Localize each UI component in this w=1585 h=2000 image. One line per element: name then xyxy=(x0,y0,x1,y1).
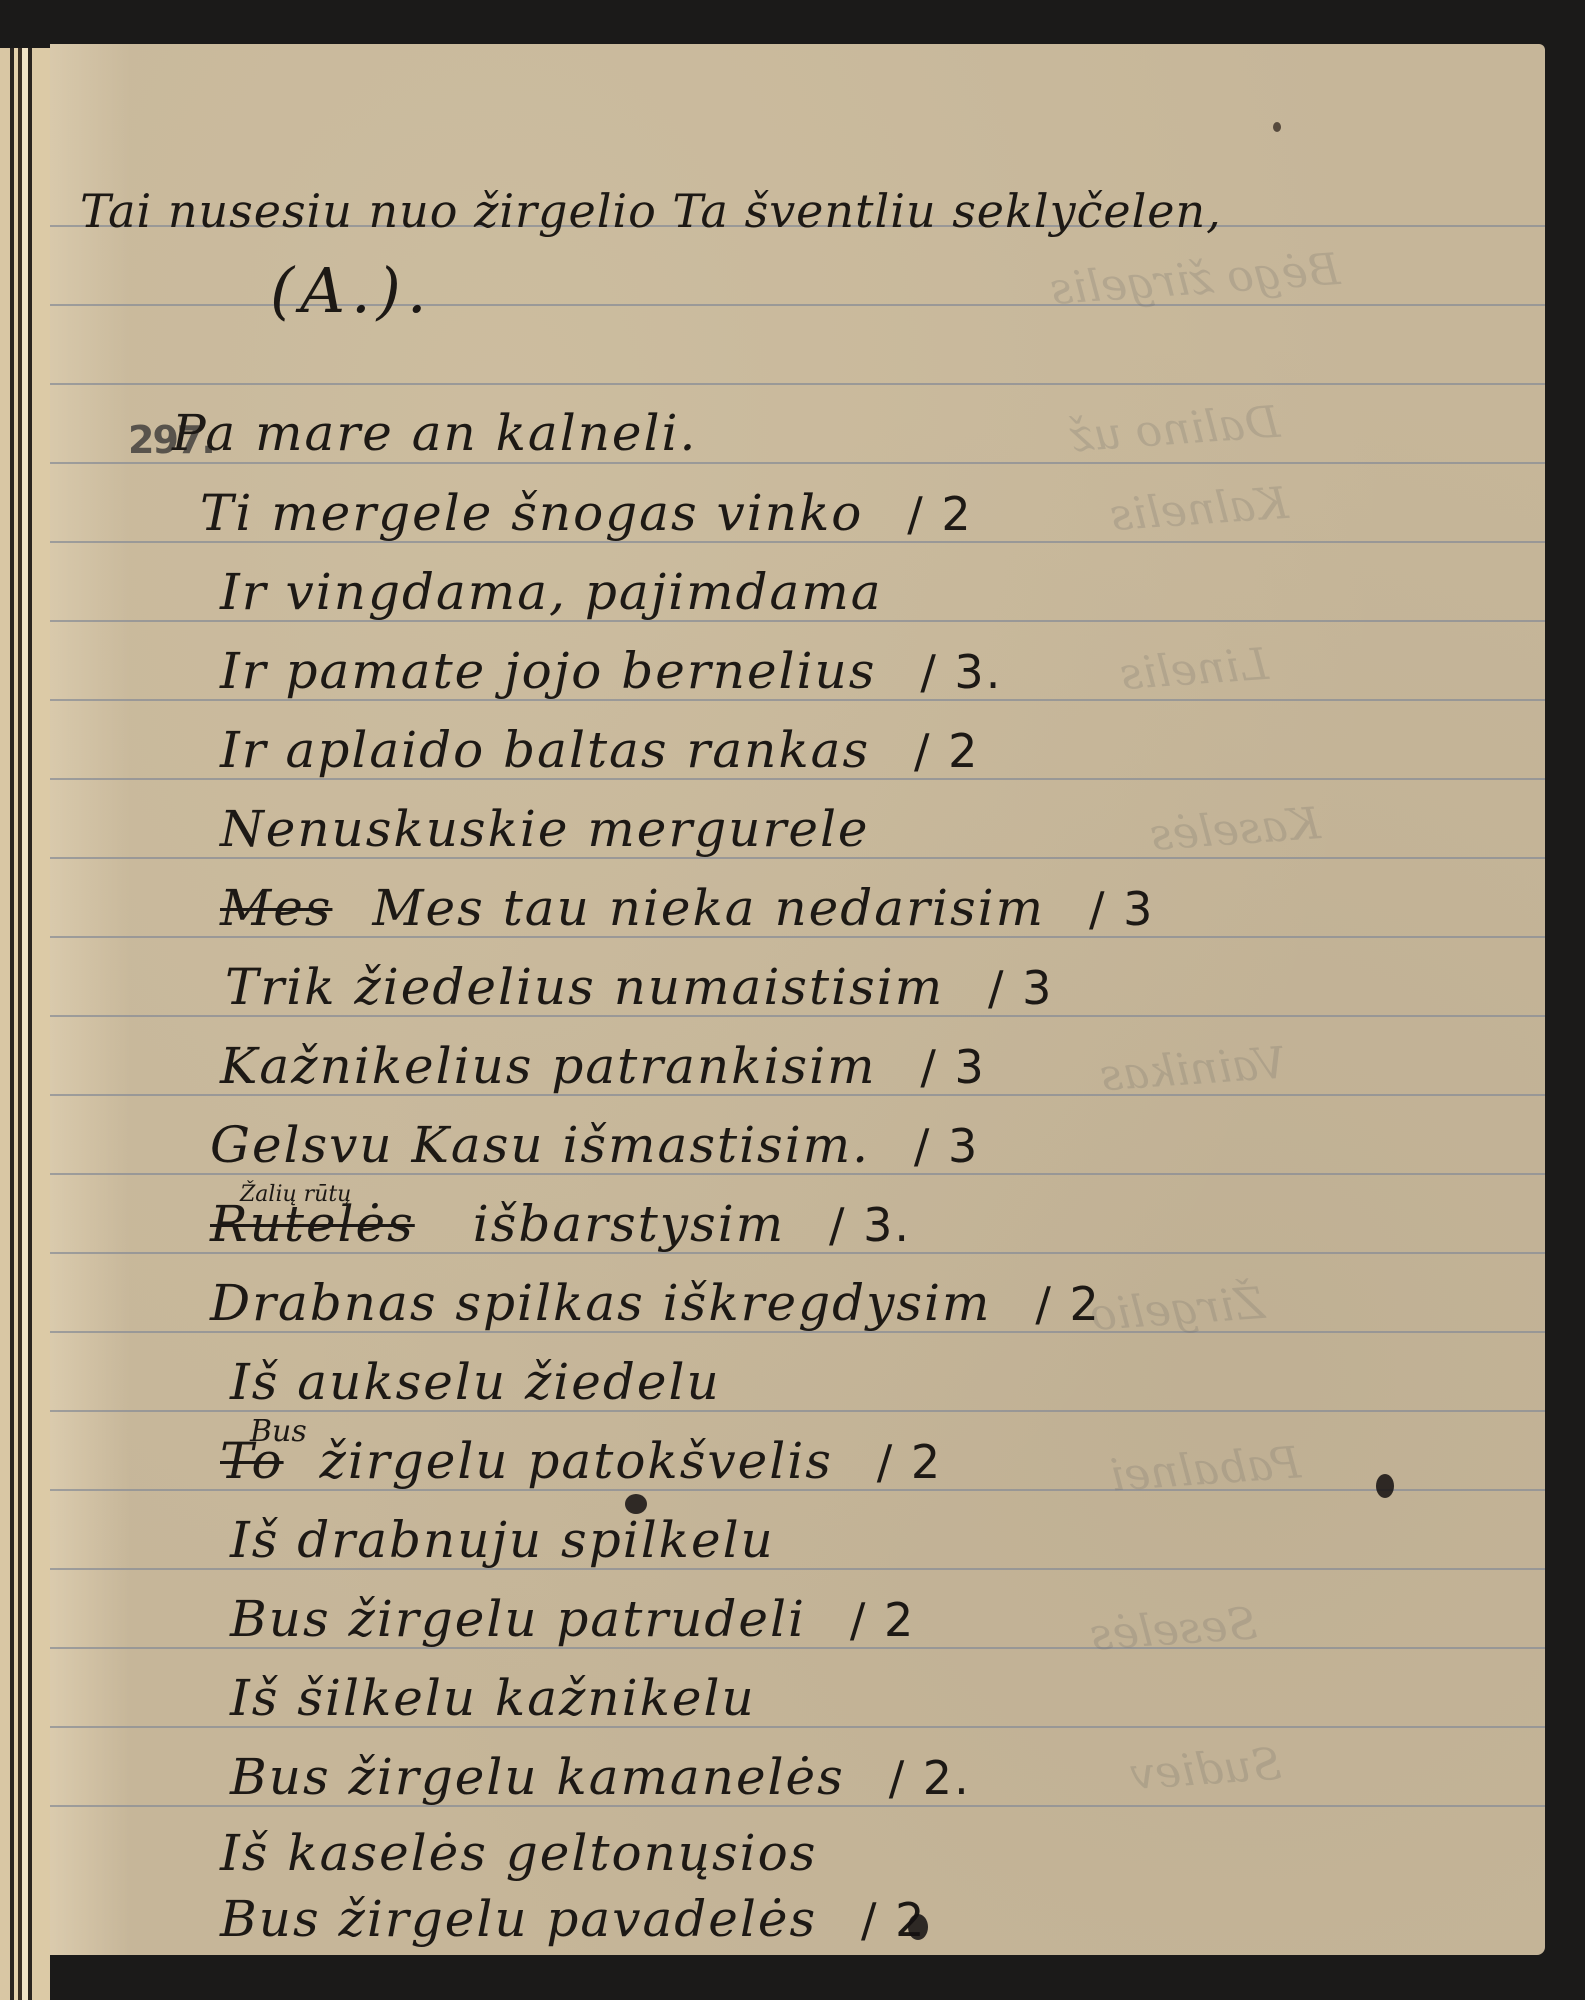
repeat-mark: / 3. xyxy=(829,1198,911,1252)
book-binding-edge xyxy=(0,0,50,2000)
bleed-through-mark: Vainikas xyxy=(1098,1038,1287,1102)
verse-text: Kažnikelius patrankisim xyxy=(220,1037,877,1095)
ink-blot xyxy=(1376,1474,1394,1498)
bleed-through-mark: Kalnelis xyxy=(1108,478,1289,541)
verse-text: Drabnas spilkas iškregdysim xyxy=(210,1274,991,1332)
verse-text: Iš drabnuju spilkelu xyxy=(230,1511,775,1569)
verse-text: Ir pamate jojo bernelius xyxy=(220,642,876,700)
verse-text: Bus žirgelu kamanelės xyxy=(230,1748,845,1806)
repeat-mark: / 3 xyxy=(1089,882,1154,936)
repeat-mark: / 2 xyxy=(877,1435,942,1489)
ruled-line xyxy=(50,383,1545,385)
struck-word: Mes xyxy=(220,879,332,937)
verse-line: Iš aukselu žiedelu xyxy=(230,1353,765,1411)
repeat-mark: / 2. xyxy=(889,1751,971,1805)
verse-line: Bus žirgelu kamanelės / 2. xyxy=(230,1748,971,1806)
repeat-mark: / 3 xyxy=(988,961,1053,1015)
verse-line: Pa mare an kalneli. xyxy=(172,404,741,462)
verse-text: Bus žirgelu patrudeli xyxy=(230,1590,806,1648)
repeat-mark: / 3 xyxy=(914,1119,979,1173)
verse-text: Trik žiedelius numaistisim xyxy=(225,958,944,1016)
repeat-mark: / 2 xyxy=(1035,1277,1100,1331)
verse-line: Kažnikelius patrankisim / 3 xyxy=(220,1037,986,1095)
paper-spot xyxy=(1273,122,1281,132)
verse-text: Iš aukselu žiedelu xyxy=(230,1353,721,1411)
verse-line: Bus žirgelu pavadelės / 2 xyxy=(220,1890,926,1948)
bleed-through-mark: Seselės xyxy=(1088,1598,1259,1661)
verse-line: To žirgelu patokšvelis / 2 xyxy=(220,1432,942,1490)
bleed-through-mark: Sudiev xyxy=(1128,1739,1283,1800)
verse-text: Iš kaselės geltonųsios xyxy=(220,1824,817,1882)
manuscript-page: Bėgo žirgelis Dalino už Kalnelis Linelis… xyxy=(50,44,1545,1955)
struck-word: To xyxy=(220,1432,284,1490)
verse-line: Gelsvu Kasu išmastisim. / 3 xyxy=(210,1116,979,1174)
verse-line: Ir vingdama, pajimdama xyxy=(220,563,927,621)
verse-text: išbarstysim xyxy=(473,1195,785,1253)
verse-text: Pa mare an kalneli. xyxy=(172,404,697,462)
page-subtitle: (A.). xyxy=(270,254,433,327)
verse-text: Gelsvu Kasu išmastisim. xyxy=(210,1116,870,1174)
verse-text: Ir vingdama, pajimdama xyxy=(220,563,883,621)
verse-text: Nenuskuskie mergurele xyxy=(220,800,870,858)
ruled-line xyxy=(50,462,1545,464)
verse-text: Ti mergele šnogas vinko xyxy=(200,484,863,542)
verse-line: Trik žiedelius numaistisim / 3 xyxy=(225,958,1053,1016)
verse-line: Ir aplaido baltas rankas / 2 xyxy=(220,721,979,779)
verse-text: žirgelu patokšvelis xyxy=(319,1432,832,1490)
verse-line: Iš drabnuju spilkelu xyxy=(230,1511,819,1569)
verse-text: Mes tau nieka nedarisim xyxy=(372,879,1045,937)
verse-line: Nenuskuskie mergurele xyxy=(220,800,913,858)
repeat-mark: / 2 xyxy=(907,487,972,541)
verse-line: Mes Mes tau nieka nedarisim / 3 xyxy=(220,879,1154,937)
ink-blot xyxy=(908,1914,928,1940)
bleed-through-mark: Linelis xyxy=(1118,639,1270,700)
verse-line: Ti mergele šnogas vinko / 2 xyxy=(200,484,973,542)
repeat-mark: / 2 xyxy=(850,1593,915,1647)
verse-text: Iš šilkelu kažnikelu xyxy=(230,1669,756,1727)
bleed-through-mark: Kaselės xyxy=(1148,798,1322,861)
binding-top-shadow xyxy=(0,0,50,48)
verse-text: Bus žirgelu pavadelės xyxy=(220,1890,817,1948)
verse-line: Iš šilkelu kažnikelu xyxy=(230,1669,800,1727)
bleed-through-mark: Dalino už xyxy=(1068,397,1281,463)
repeat-mark: / 3 xyxy=(920,1040,985,1094)
verse-line: Bus žirgelu patrudeli / 2 xyxy=(230,1590,915,1648)
struck-word: Rutelės xyxy=(210,1195,415,1253)
verse-line: Drabnas spilkas iškregdysim / 2 xyxy=(210,1274,1101,1332)
bleed-through-mark: Pabalnei xyxy=(1108,1437,1302,1501)
page-title: Tai nusesiu nuo žirgelio Ta šventliu sek… xyxy=(80,184,1222,238)
verse-line: Rutelės išbarstysim / 3. xyxy=(210,1195,911,1253)
repeat-mark: / 2 xyxy=(914,724,979,778)
verse-line: Iš kaselės geltonųsios xyxy=(220,1824,861,1882)
verse-line: Ir pamate jojo bernelius / 3. xyxy=(220,642,1002,700)
verse-text: Ir aplaido baltas rankas xyxy=(220,721,870,779)
ink-blot xyxy=(625,1494,647,1514)
repeat-mark: / 3. xyxy=(920,645,1002,699)
